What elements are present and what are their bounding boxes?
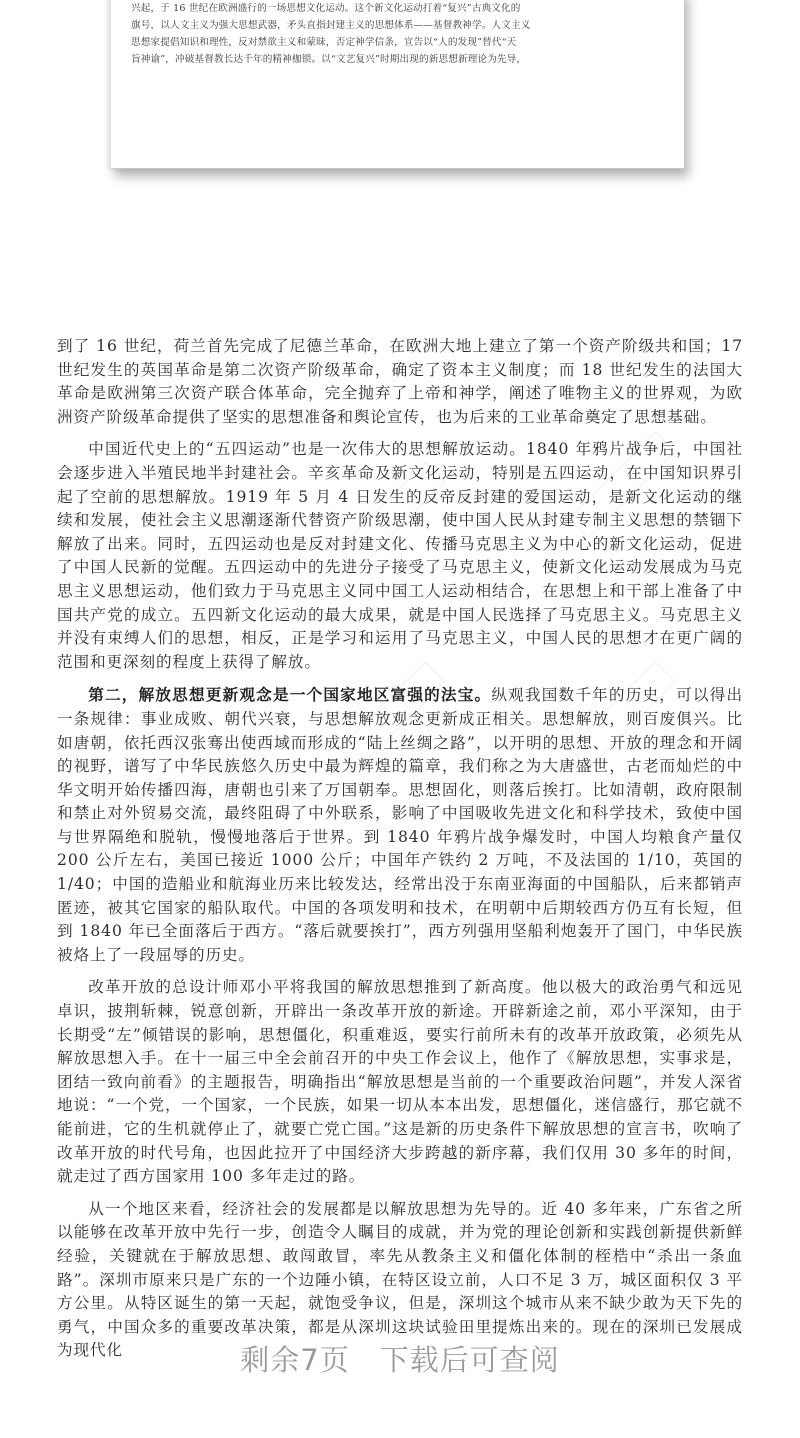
preview-line: 思想家提倡知识和理性，反对禁欲主义和蒙昧，否定神学信条，宣告以“人的发现”替代“…: [131, 34, 666, 51]
preview-line: 旨神谕”，冲破基督教长达千年的精神枷锁。以“文艺复兴”时期出现的新思想新理论为先…: [131, 51, 666, 68]
paragraph-bold-lead: 第二，解放思想更新观念是一个国家地区富强的法宝。: [88, 685, 491, 704]
preview-line: 兴起，于 16 世纪在欧洲盛行的一场思想文化运动。这个新文化运动打着“复兴”古典…: [131, 0, 666, 17]
paragraph-2: 中国近代史上的“五四运动”也是一次伟大的思想解放运动。1840 年鸦片战争后，中…: [57, 438, 743, 674]
paragraph-text: 中国近代史上的“五四运动”也是一次伟大的思想解放运动。1840 年鸦片战争后，中…: [57, 440, 743, 670]
remaining-pages-count: 剩余7页: [240, 1343, 349, 1377]
preview-page-text: 兴起，于 16 世纪在欧洲盛行的一场思想文化运动。这个新文化运动打着“复兴”古典…: [131, 0, 666, 68]
download-hint[interactable]: 下载后可查阅: [380, 1343, 560, 1377]
paragraph-text: 从一个地区来看，经济社会的发展都是以解放思想为先导的。近 40 多年来，广东省之…: [57, 1200, 743, 1360]
paragraph-4: 改革开放的总设计师邓小平将我国的解放思想推到了新高度。他以极大的政治勇气和远见卓…: [57, 976, 743, 1188]
document-body: 到了 16 世纪，荷兰首先完成了尼德兰革命，在欧洲大地上建立了第一个资产阶级共和…: [57, 335, 743, 1372]
paragraph-text: 改革开放的总设计师邓小平将我国的解放思想推到了新高度。他以极大的政治勇气和远见卓…: [57, 978, 743, 1185]
remaining-pages-banner[interactable]: 剩余7页下载后可查阅: [0, 1338, 800, 1379]
paragraph-3: 第二，解放思想更新观念是一个国家地区富强的法宝。纵观我国数千年的历史，可以得出一…: [57, 683, 743, 967]
previous-page-preview: 兴起，于 16 世纪在欧洲盛行的一场思想文化运动。这个新文化运动打着“复兴”古典…: [111, 0, 685, 169]
paragraph-text: 纵观我国数千年的历史，可以得出一条规律：事业成败、朝代兴衰，与思想解放观念更新成…: [57, 686, 743, 964]
paragraph-1: 到了 16 世纪，荷兰首先完成了尼德兰革命，在欧洲大地上建立了第一个资产阶级共和…: [57, 335, 743, 429]
paragraph-text: 到了 16 世纪，荷兰首先完成了尼德兰革命，在欧洲大地上建立了第一个资产阶级共和…: [57, 337, 743, 426]
preview-line: 旗号，以人文主义为强大思想武器，矛头直指封建主义的思想体系——基督教神学。人文主…: [131, 17, 666, 34]
